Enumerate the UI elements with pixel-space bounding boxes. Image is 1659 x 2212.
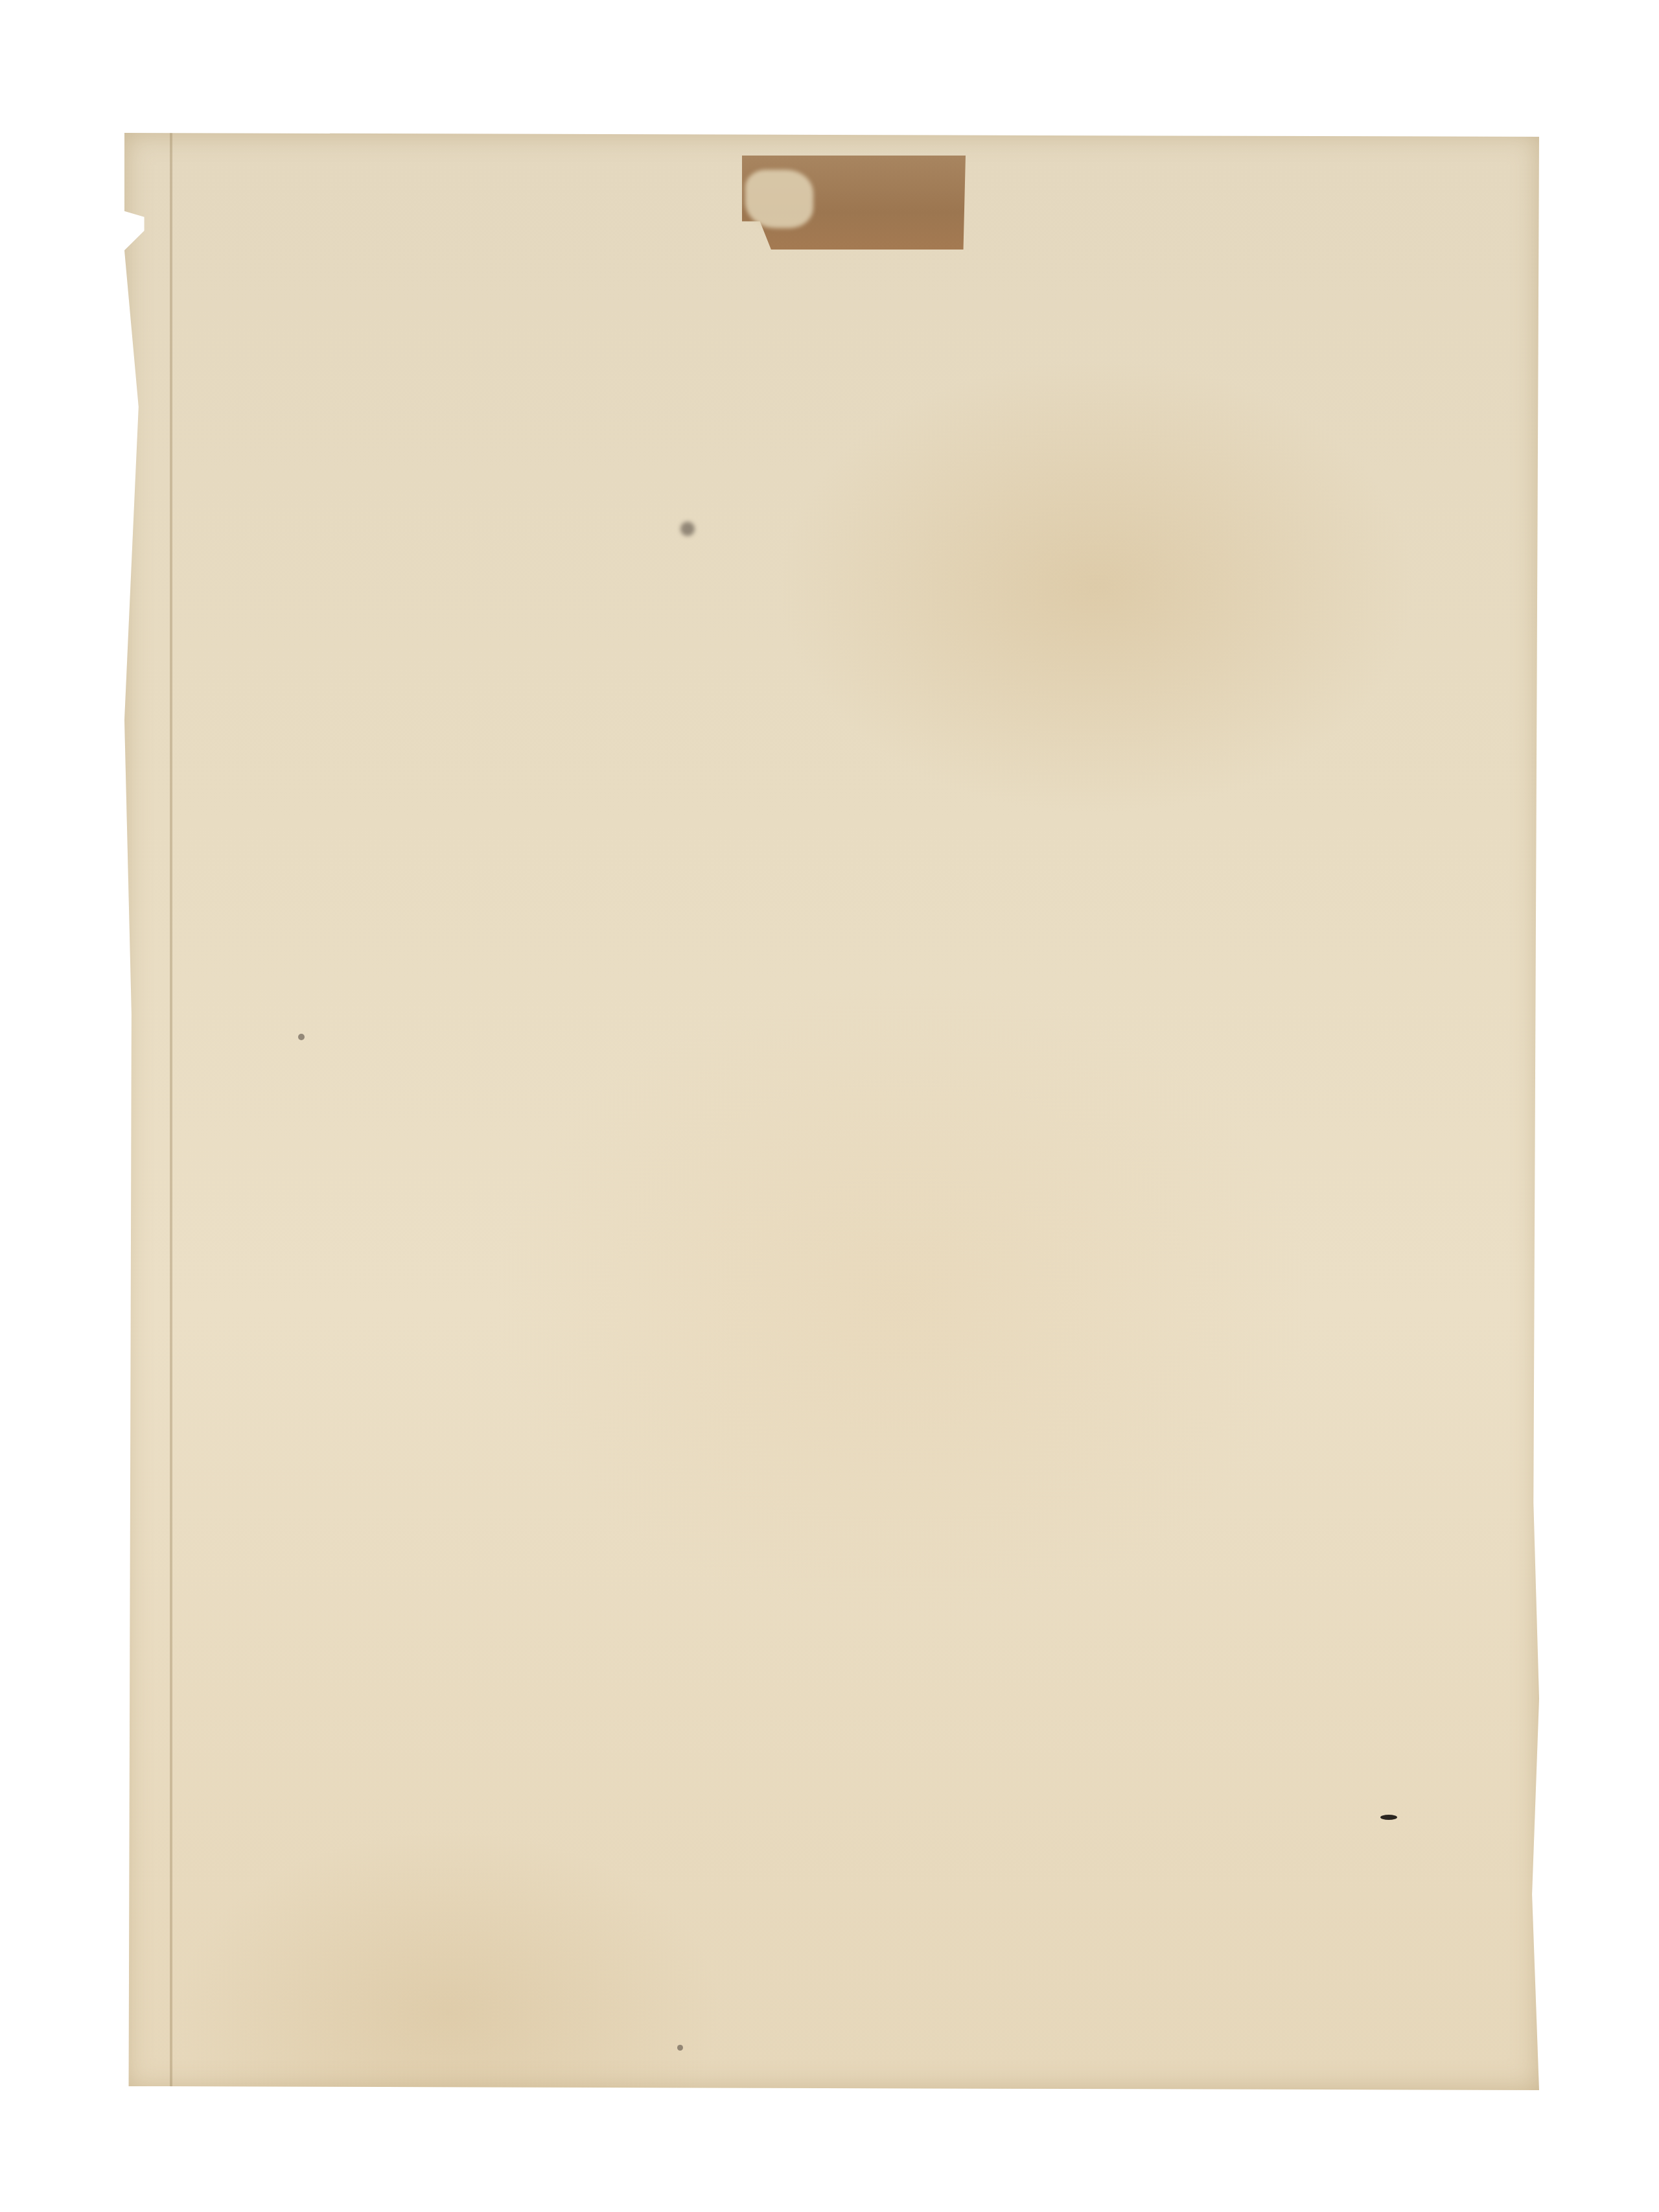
- foxing-spot: [298, 1034, 305, 1040]
- tape-worn-patch: [745, 170, 813, 228]
- aged-paper-sheet: [124, 133, 1539, 2090]
- foxing-spot: [680, 522, 695, 536]
- fold-line: [170, 133, 172, 2090]
- foxing-spot: [677, 2045, 683, 2051]
- ink-mark: [1380, 1815, 1397, 1820]
